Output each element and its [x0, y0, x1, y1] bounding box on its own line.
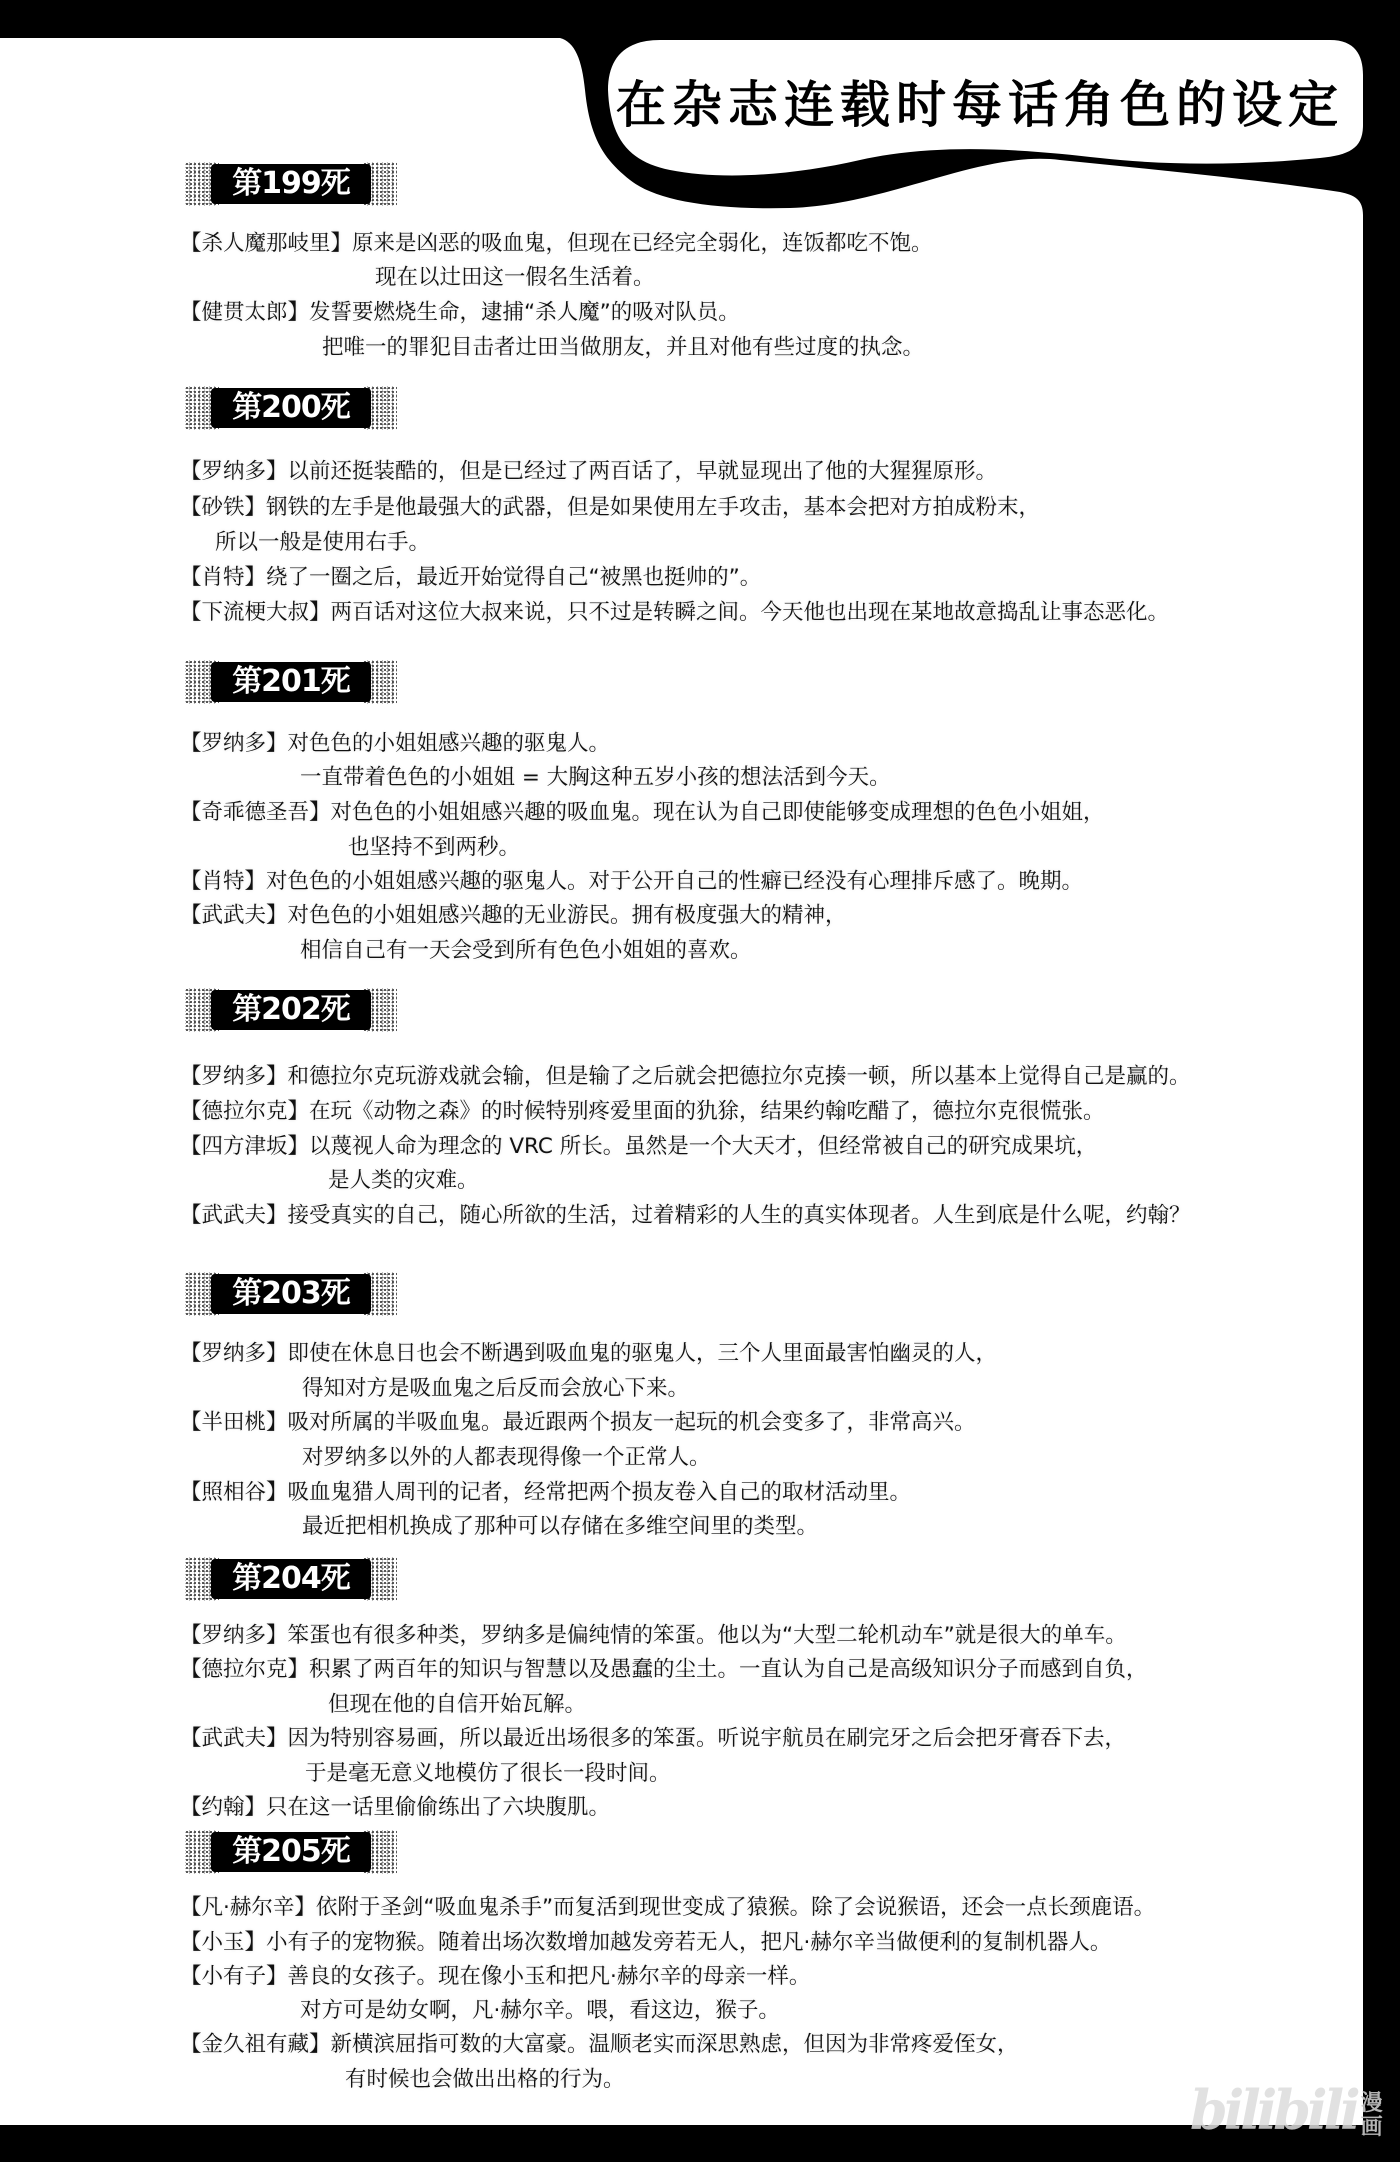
character-entry-continuation: 相信自己有一天会受到所有色色小姐姐的喜欢。	[300, 936, 752, 966]
character-entry: 【健贯太郎】发誓要燃烧生命，逮捕“杀人魔”的吸对队员。	[180, 298, 740, 328]
character-entry: 【砂铁】钢铁的左手是他最强大的武器，但是如果使用左手攻击，基本会把对方拍成粉末，	[180, 493, 1040, 523]
character-entry-continuation: 对方可是幼女啊，凡·赫尔辛。喂，看这边，猴子。	[300, 1996, 780, 2026]
character-entry: 【半田桃】吸对所属的半吸血鬼。最近跟两个损友一起玩的机会变多了，非常高兴。	[180, 1408, 976, 1438]
character-entry: 【罗纳多】以前还挺装酷的，但是已经过了两百话了，早就显现出了他的大猩猩原形。	[180, 457, 997, 487]
episode-header-204: 第204死	[185, 1557, 397, 1601]
character-entry: 【罗纳多】和德拉尔克玩游戏就会输，但是输了之后就会把德拉尔克揍一顿，所以基本上觉…	[180, 1062, 1191, 1092]
episode-header-203: 第203死	[185, 1272, 397, 1316]
character-entry-continuation: 于是毫无意义地模仿了很长一段时间。	[305, 1759, 671, 1789]
episode-label: 第203死	[211, 1274, 371, 1314]
bilibili-logo: bilibili	[1190, 2080, 1357, 2140]
character-entry: 【武武夫】接受真实的自己，随心所欲的生活，过着精彩的人生的真实体现者。人生到底是…	[180, 1201, 1191, 1231]
character-entry: 【肖特】绕了一圈之后，最近开始觉得自己“被黑也挺帅的”。	[180, 563, 761, 593]
character-entry: 【杀人魔那岐里】原来是凶恶的吸血鬼，但现在已经完全弱化，连饭都吃不饱。	[180, 229, 933, 259]
character-entry: 【下流梗大叔】两百话对这位大叔来说，只不过是转瞬之间。今天他也出现在某地故意捣乱…	[180, 598, 1169, 628]
character-entry: 【奇乖德圣吾】对色色的小姐姐感兴趣的吸血鬼。现在认为自己即使能够变成理想的色色小…	[180, 798, 1105, 828]
manhua-char: 画	[1361, 2116, 1383, 2140]
character-entry-continuation: 一直带着色色的小姐姐 = 大胸这种五岁小孩的想法活到今天。	[300, 763, 891, 793]
manhua-char: 漫	[1361, 2092, 1383, 2116]
character-entry: 【金久祖有藏】新横滨屈指可数的大富豪。温顺老实而深思熟虑，但因为非常疼爱侄女，	[180, 2030, 1019, 2060]
character-entry-continuation: 有时候也会做出出格的行为。	[345, 2065, 625, 2095]
character-entry: 【四方津坂】以蔑视人命为理念的 VRC 所长。虽然是一个大天才，但经常被自己的研…	[180, 1132, 1097, 1162]
episode-header-205: 第205死	[185, 1830, 397, 1874]
character-entry: 【肖特】对色色的小姐姐感兴趣的驱鬼人。对于公开自己的性癖已经没有心理排斥感了。晚…	[180, 867, 1083, 897]
episode-header-200: 第200死	[185, 386, 397, 430]
character-entry-continuation: 对罗纳多以外的人都表现得像一个正常人。	[302, 1443, 711, 1473]
bilibili-manhua-watermark: bilibili 漫 画	[1190, 2070, 1383, 2140]
character-entry: 【凡·赫尔辛】依附于圣剑“吸血鬼杀手”而复活到现世变成了猿猴。除了会说猴语，还会…	[180, 1893, 1155, 1923]
character-entry: 【武武夫】因为特别容易画，所以最近出场很多的笨蛋。听说宇航员在刷完牙之后会把牙膏…	[180, 1724, 1126, 1754]
character-entry: 【小有子】善良的女孩子。现在像小玉和把凡·赫尔辛的母亲一样。	[180, 1962, 810, 1992]
character-entry: 【罗纳多】对色色的小姐姐感兴趣的驱鬼人。	[180, 729, 610, 759]
character-entry-continuation: 最近把相机换成了那种可以存储在多维空间里的类型。	[302, 1512, 818, 1542]
character-entry-continuation: 把唯一的罪犯目击者辻田当做朋友，并且对他有些过度的执念。	[322, 333, 924, 363]
episode-header-202: 第202死	[185, 988, 397, 1032]
character-entry: 【德拉尔克】在玩《动物之森》的时候特别疼爱里面的犰狳，结果约翰吃醋了，德拉尔克很…	[180, 1097, 1105, 1127]
episode-header-201: 第201死	[185, 660, 397, 704]
character-entry: 【约翰】只在这一话里偷偷练出了六块腹肌。	[180, 1793, 610, 1823]
title-bubble: 在杂志连载时每话角色的设定	[560, 30, 1390, 230]
page-title: 在杂志连载时每话角色的设定	[600, 70, 1360, 140]
right-black-border	[1363, 0, 1400, 2162]
character-entry: 【德拉尔克】积累了两百年的知识与智慧以及愚蠢的尘土。一直认为自己是高级知识分子而…	[180, 1655, 1148, 1685]
episode-label: 第199死	[211, 164, 371, 204]
character-entry-continuation: 得知对方是吸血鬼之后反而会放心下来。	[302, 1374, 689, 1404]
character-entry-continuation: 所以一般是使用右手。	[215, 528, 430, 558]
episode-label: 第200死	[211, 388, 371, 428]
character-entry-continuation: 但现在他的自信开始瓦解。	[328, 1690, 586, 1720]
character-entry: 【罗纳多】即使在休息日也会不断遇到吸血鬼的驱鬼人，三个人里面最害怕幽灵的人，	[180, 1339, 997, 1369]
episode-label: 第205死	[211, 1832, 371, 1872]
manhua-label: 漫 画	[1361, 2092, 1383, 2140]
character-entry: 【武武夫】对色色的小姐姐感兴趣的无业游民。拥有极度强大的精神，	[180, 901, 847, 931]
character-entry-continuation: 是人类的灾难。	[328, 1166, 479, 1196]
episode-label: 第204死	[211, 1559, 371, 1599]
character-entry: 【小玉】小有子的宠物猴。随着出场次数增加越发旁若无人，把凡·赫尔辛当做便利的复制…	[180, 1928, 1111, 1958]
episode-label: 第202死	[211, 990, 371, 1030]
character-entry-continuation: 也坚持不到两秒。	[348, 833, 520, 863]
episode-header-199: 第199死	[185, 162, 397, 206]
character-entry: 【罗纳多】笨蛋也有很多种类，罗纳多是偏纯情的笨蛋。他以为“大型二轮机动车”就是很…	[180, 1621, 1127, 1651]
episode-label: 第201死	[211, 662, 371, 702]
character-entry-continuation: 现在以辻田这一假名生活着。	[375, 263, 655, 293]
character-entry: 【照相谷】吸血鬼猎人周刊的记者，经常把两个损友卷入自己的取材活动里。	[180, 1478, 911, 1508]
